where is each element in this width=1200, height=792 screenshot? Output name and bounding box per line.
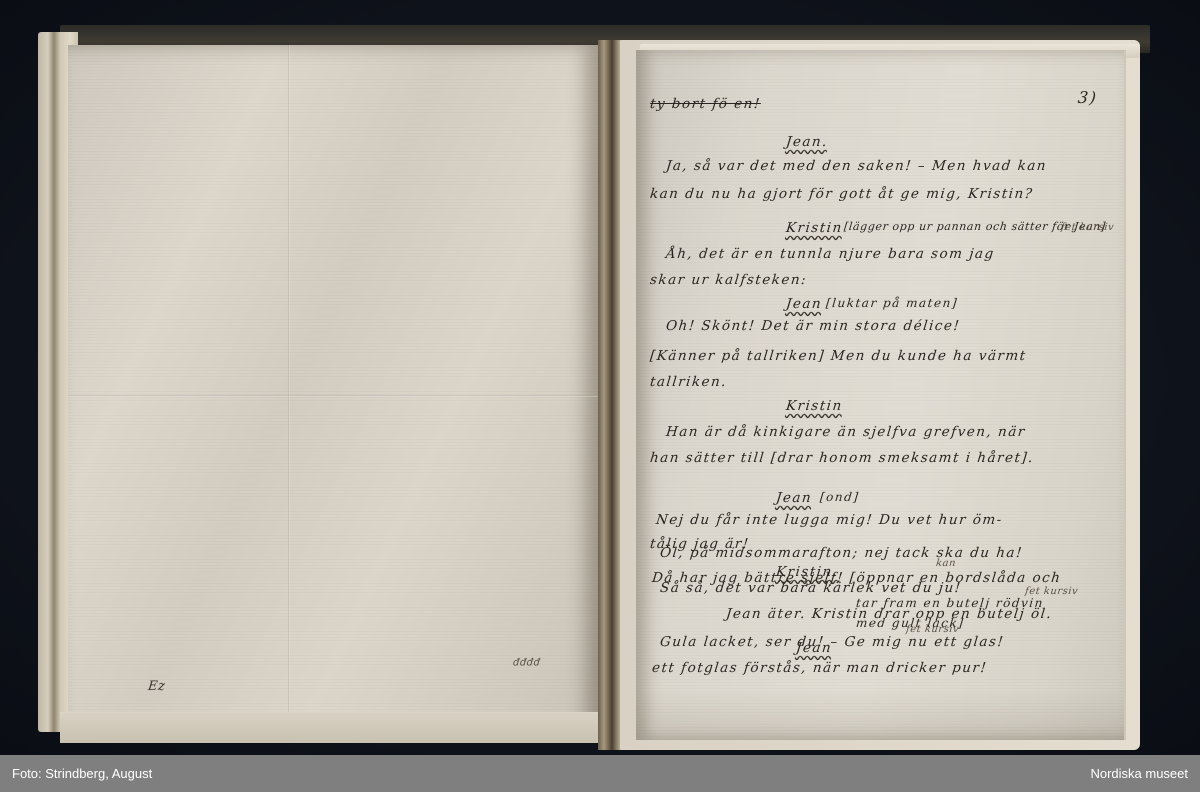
pencil-initials: Ez [147,679,166,694]
dialogue-line: han sätter till [drar honom smeksamt i h… [649,450,1035,466]
photo-credit: Foto: Strindberg, August [12,766,152,781]
stage-direction: [luktar på maten] [825,296,959,310]
speaker-jean: Jean [775,490,813,506]
caption-bar: Foto: Strindberg, August Nordiska museet [0,755,1200,792]
speaker-kristin: Kristin [785,220,843,236]
paper-fold-horizontal [68,395,598,397]
institution-name: Nordiska museet [1090,766,1188,781]
left-page-bottom-edge [60,712,605,743]
dialogue-line: ett fotglas förstås, när man dricker pur… [651,660,988,676]
dialogue-line: Nej du får inte lugga mig! Du vet hur öm… [655,512,1003,528]
dialogue-line: skar ur kalfsteken: [649,272,808,288]
speaker-kristin: Kristin [785,398,843,414]
left-page-blank: Ez ꝑꝑꝑꝑ [68,45,598,740]
dialogue-line: med gult lack] [855,616,965,630]
dialogue-line: Ja, så var det med den saken! – Men hvad… [665,158,1048,174]
margin-note: fet kursiv [1060,222,1114,233]
speaker-jean: Jean [785,296,823,312]
dialogue-line: Öl, på midsommarafton; nej tack ska du h… [659,545,1024,561]
struck-line: ty bort fö en! [649,96,761,112]
dialogue-line: tallriken. [649,374,728,390]
page-shadow [636,690,1124,740]
dialogue-line: Han är då kinkigare än sjelfva grefven, … [665,424,1026,440]
page-number: 3) [1077,88,1098,107]
dialogue-line: Då har jag bättre sjelf! [öppnar en bord… [651,570,1062,586]
dialogue-line: kan du nu ha gjort för gott åt ge mig, K… [649,186,1034,202]
manuscript-photo: Ez ꝑꝑꝑꝑ 3) ty bort fö en! Jean. Ja, så v… [0,0,1200,755]
margin-note: fet kursiv [1024,586,1078,597]
dialogue-line: tar fram en butelj rödvin [855,596,1044,610]
dialogue-line: [Känner på tallriken] Men du kunde ha vä… [649,348,1027,364]
dialogue-line: Åh, det är en tunnla njure bara som jag [665,246,995,262]
dialogue-line: Gula lacket, ser du! – Ge mig nu ett gla… [659,634,1005,650]
dialogue-line: Oh! Skönt! Det är min stora délice! [665,318,961,334]
paper-fold-vertical [288,45,290,740]
pencil-notation: ꝑꝑꝑꝑ [513,657,540,668]
speaker-jean: Jean. [785,134,829,150]
stage-direction: [ond] [819,490,860,504]
